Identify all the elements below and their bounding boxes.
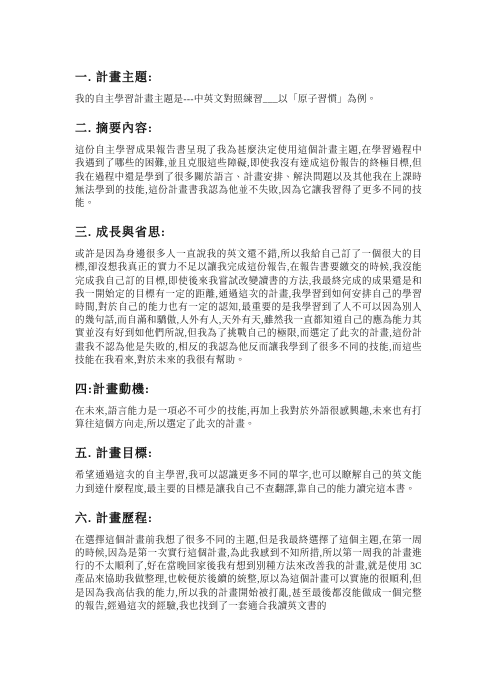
section-heading: 三. 成長與省思: [75, 223, 422, 240]
section-heading: 二. 摘要內容: [75, 119, 422, 136]
section-process: 六. 計畫歷程: 在選擇這個計畫前我想了很多不同的主題,但是我最終選擇了這個主題… [75, 509, 422, 614]
section-heading: 六. 計畫歷程: [75, 509, 422, 526]
section-plan-topic: 一. 計畫主題: 我的自主學習計畫主題是---中英文對照練習___以「原子習慣」… [75, 68, 422, 107]
section-motivation: 四:計畫動機: 在未來,語言能力是一項必不可少的技能,再加上我對於外語很感興趣,… [75, 380, 422, 432]
section-paragraph: 希望通過這次的自主學習,我可以認識更多不同的單字,也可以瞭解自己的英文能力到達什… [75, 470, 422, 496]
section-paragraph: 這份自主學習成果報告書呈現了我為甚麼決定使用這個計畫主題,在學習過程中我遇到了哪… [75, 145, 422, 211]
section-goal: 五. 計畫目標: 希望通過這次的自主學習,我可以認識更多不同的單字,也可以瞭解自… [75, 444, 422, 496]
section-growth-reflection: 三. 成長與省思: 或許是因為身邊很多人一直說我的英文還不錯,所以我給自己訂了一… [75, 223, 422, 368]
section-summary: 二. 摘要內容: 這份自主學習成果報告書呈現了我為甚麼決定使用這個計畫主題,在學… [75, 119, 422, 211]
section-paragraph: 在未來,語言能力是一項必不可少的技能,再加上我對於外語很感興趣,未來也有打算往這… [75, 406, 422, 432]
section-heading: 四:計畫動機: [75, 380, 422, 397]
section-paragraph: 或許是因為身邊很多人一直說我的英文還不錯,所以我給自己訂了一個很大的目標,卻沒想… [75, 249, 422, 368]
section-paragraph: 我的自主學習計畫主題是---中英文對照練習___以「原子習慣」為例。 [75, 94, 422, 107]
section-heading: 五. 計畫目標: [75, 444, 422, 461]
section-paragraph: 在選擇這個計畫前我想了很多不同的主題,但是我最終選擇了這個主題,在第一周的時候,… [75, 535, 422, 614]
section-heading: 一. 計畫主題: [75, 68, 422, 85]
document-page: 一. 計畫主題: 我的自主學習計畫主題是---中英文對照練習___以「原子習慣」… [0, 0, 495, 700]
